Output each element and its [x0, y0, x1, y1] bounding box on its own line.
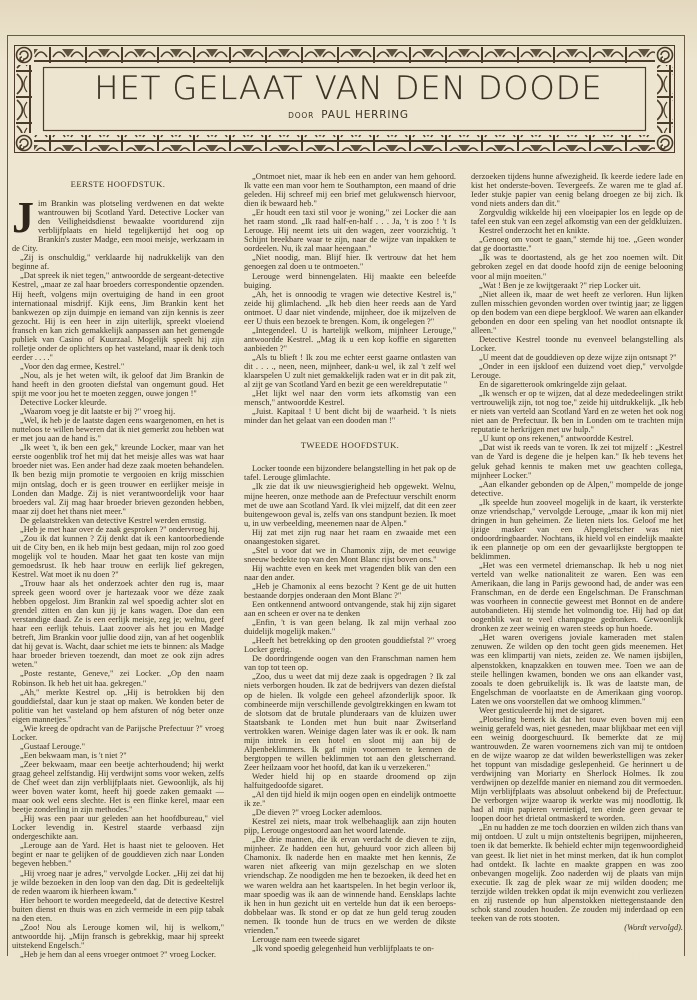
paragraph: „Het was een vermetel driemanschap. Ik h… — [471, 561, 683, 633]
paragraph: „U meent dat de gouddieven op deze wijze… — [471, 353, 683, 362]
article-title: HET GELAAT VAN DEN DOODE — [0, 69, 697, 107]
paragraph: „Ah," merkte Kestrel op. „Hij is betrokk… — [12, 688, 224, 724]
paragraph: „Ik vond spoedig gelegenheid hun verblij… — [244, 944, 456, 953]
paragraph: „Heb je hem dan al eens vroeger ontmoet … — [12, 950, 224, 959]
paragraph: „Enfin, 't is van geen belang. Ik zal mi… — [244, 618, 456, 636]
paragraph: „Als tu blieft ! Ik zou me echter eerst … — [244, 353, 456, 389]
magazine-page: HET GELAAT VAN DEN DOODE DOOR PAUL HERRI… — [0, 0, 697, 1000]
text-column-1: EERSTE HOOFDSTUK. Jim Brankin was plotse… — [12, 178, 224, 959]
paragraph: „Niet noodig, man. Blijf hier. Ik vertro… — [244, 253, 456, 271]
paragraph: „Plotseling bemerk ik dat het touw even … — [471, 715, 683, 824]
paragraph: „Dat wist ik reeds van te voren. Ik zei … — [471, 443, 683, 479]
paragraph: De gelaatstrekken van detective Kestrel … — [12, 516, 224, 525]
paragraph: „Onder in een ijskloof een duizend voet … — [471, 362, 683, 380]
paragraph: Kestrel onderzocht het en knikte. — [471, 226, 683, 235]
chapter-heading-2: TWEEDE HOOFDSTUK. — [244, 441, 456, 450]
paragraph: „Nou, als je het weten wilt, ik geloof d… — [12, 371, 224, 398]
to-be-continued-note: (Wordt vervolgd). — [471, 923, 683, 932]
paragraph: Weder hield hij op en staarde droomend o… — [244, 772, 456, 790]
paragraph: „Dat spreek ik niet tegen," antwoordde d… — [12, 271, 224, 361]
paragraph: „Ik weet 't, ik ben een gek," kreunde Lo… — [12, 443, 224, 515]
paragraph: „En nu hadden ze me toch doorzien en wil… — [471, 823, 683, 923]
paragraph: „U kunt op ons rekenen," antwoordde Kest… — [471, 434, 683, 443]
paragraph: „Zoo, dus u weet dat mij deze zaak is op… — [244, 672, 456, 772]
paragraph: „Een bekwaam man, is 't niet ?" — [12, 751, 224, 760]
paragraph: Weer gesticuleerde hij met de sigaret. — [471, 706, 683, 715]
paragraph: „Wat ! Ben je ze kwijtgeraakt ?" riep Lo… — [471, 281, 683, 290]
paragraph: Lerouge werd binnengelaten. Hij maakte e… — [244, 272, 456, 290]
paragraph: „Hij was een paar uur geleden aan het ho… — [12, 814, 224, 841]
paragraph: „Gustaaf Lerouge." — [12, 742, 224, 751]
paragraph: „Hij vroeg naar je adres," vervolgde Loc… — [12, 869, 224, 896]
column-1-body: Jim Brankin was plotseling verdwenen en … — [12, 199, 224, 959]
byline-prefix: DOOR — [288, 111, 314, 120]
paragraph: „Zeer bekwaam, maar een beetje achterhou… — [12, 760, 224, 814]
paragraph-text: im Brankin was plotseling verdwenen en d… — [12, 199, 224, 253]
chapter-heading-1: EERSTE HOOFDSTUK. — [12, 180, 224, 189]
paragraph: Lerouge nam een tweede sigaret — [244, 935, 456, 944]
paragraph: „Zou ik dat kunnen ? Zij denkt dat ik ee… — [12, 534, 224, 579]
paragraph: Hij zat met zijn rug naar het raam en zw… — [244, 528, 456, 546]
paragraph: Hij wachtte even en keek met vragenden b… — [244, 564, 456, 582]
drop-cap-initial: J — [12, 199, 34, 239]
paragraph: „Al den tijd hield ik mijn oogen open en… — [244, 790, 456, 808]
paragraph: „Waarom voeg je dit laatste er bij ?" vr… — [12, 407, 224, 416]
text-column-2: „Ontmoet niet, maar ik heb een en ander … — [244, 172, 456, 953]
paragraph: „Ah, het is onnoodig te vragen wie detec… — [244, 290, 456, 326]
paragraph: „Aan elkander gebonden op de Alpen," mom… — [471, 480, 683, 498]
paragraph: „Genoeg om voort te gaan," stemde hij to… — [471, 235, 683, 253]
text-column-3: derzoeken tijdens hunne afwezigheid. Ik … — [471, 172, 683, 932]
paragraph: Detective Locker kleurde. — [12, 398, 224, 407]
paragraph: „Ik wensch er op te wijzen, dat al deze … — [471, 389, 683, 434]
paragraph: Jim Brankin was plotseling verdwenen en … — [12, 199, 224, 253]
column-3-body: derzoeken tijdens hunne afwezigheid. Ik … — [471, 172, 683, 923]
paragraph: „Zoo! Nou als Lerouge komen wil, hij is … — [12, 923, 224, 950]
paragraph: „Heeft het betrekking op den grooten gou… — [244, 636, 456, 654]
paragraph: „Niet alleen ik, maar de wet heeft ze ve… — [471, 290, 683, 335]
paragraph: Een ontkennend antwoord ontvangende, sta… — [244, 600, 456, 618]
paragraph: Zorgvuldig wikkelde hij een vloeipapier … — [471, 208, 683, 226]
paragraph: „Het waren overigens joviale kameraden m… — [471, 633, 683, 705]
paragraph: „Voor den dag ermee, Kestrel." — [12, 362, 224, 371]
paragraph: „Integendeel. U is hartelijk welkom, mij… — [244, 326, 456, 353]
paragraph: „Stel u voor dat we in Chamonix zijn, de… — [244, 546, 456, 564]
paragraph: „Het lijkt wel naar den vorm iets afkoms… — [244, 389, 456, 407]
paragraph: Detective Kestrel toonde nu evenveel bel… — [471, 335, 683, 353]
paragraph: „Wel, ik heb je de laatste dagen eens wa… — [12, 416, 224, 443]
paragraph: En de sigaretterook omkringelde zijn gel… — [471, 380, 683, 389]
paragraph: Kestrel zei niets, maar trok welbehaagli… — [244, 817, 456, 835]
paragraph: „Trouw haar als het onderzoek achter den… — [12, 579, 224, 669]
paragraph: „Lerouge aan de Yard. Het is haast niet … — [12, 841, 224, 868]
paragraph: „Ik zie dat ik uw nieuwsgierigheid heb o… — [244, 482, 456, 527]
paragraph: De doordringende oogen van den Franschma… — [244, 654, 456, 672]
paragraph: „Poste restante, Geneve," zei Locker. „O… — [12, 669, 224, 687]
paragraph: „Heb je Chamonix al eens bezocht ? Kent … — [244, 582, 456, 600]
paragraph: „Heb je met haar over de zaak gesproken … — [12, 525, 224, 534]
column-2-body-part-2: Locker toonde een bijzondere belangstell… — [244, 464, 456, 953]
paragraph: „Er houdt een taxi stil voor je woning,"… — [244, 208, 456, 253]
paragraph: „Zij is onschuldig," verklaarde hij nadr… — [12, 253, 224, 271]
column-2-body-part-1: „Ontmoet niet, maar ik heb een en ander … — [244, 172, 456, 425]
paragraph: derzoeken tijdens hunne afwezigheid. Ik … — [471, 172, 683, 208]
paragraph: „Juist. Kapitaal ! U bent dicht bij de w… — [244, 407, 456, 425]
article-byline: DOOR PAUL HERRING — [0, 109, 697, 121]
author-name: PAUL HERRING — [321, 109, 409, 121]
paragraph: „Ik speelde hun zooveel mogelijk in de k… — [471, 498, 683, 561]
paragraph: „Wie kreeg de opdracht van de Parijsche … — [12, 724, 224, 742]
paragraph: „Ontmoet niet, maar ik heb een en ander … — [244, 172, 456, 208]
paragraph: „De dieven ?" vroeg Locker ademloos. — [244, 808, 456, 817]
paragraph: „De drie mannen, die ik ervan verdacht d… — [244, 835, 456, 935]
paragraph: „Ik was te doortastend, als ge het zoo n… — [471, 253, 683, 280]
paragraph: Hier behoort te worden meegedeeld, dat d… — [12, 896, 224, 923]
paragraph: Locker toonde een bijzondere belangstell… — [244, 464, 456, 482]
